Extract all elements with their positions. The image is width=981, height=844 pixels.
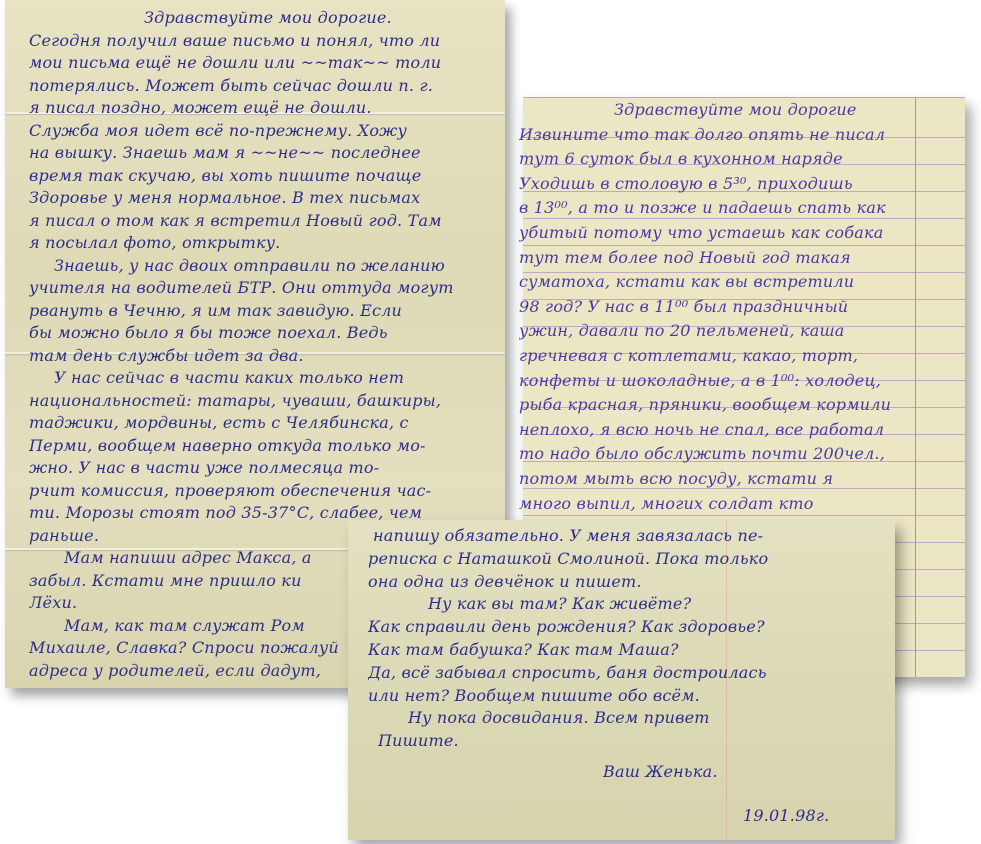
handwritten-line: Да, всё забывал спросить, баня достроила… xyxy=(368,663,895,682)
handwritten-line: я писал о том как я встретил Новый год. … xyxy=(29,211,505,230)
handwritten-line: жно. У нас в части уже полмесяца то- xyxy=(29,458,505,477)
handwritten-line: национальностей: татары, чуваши, башкиры… xyxy=(29,391,505,410)
handwritten-line: напишу обязательно. У меня завязалась пе… xyxy=(373,526,895,545)
handwritten-line: рыба красная, пряники, вообщем кормили xyxy=(519,395,965,414)
handwritten-line: потерялись. Может быть сейчас дошли п. г… xyxy=(29,76,505,95)
handwritten-line: я посылал фото, открытку. xyxy=(29,233,505,252)
handwritten-line: Извините что так долго опять не писал xyxy=(519,125,965,144)
handwritten-line: Перми, вообщем наверно откуда только мо- xyxy=(29,436,505,455)
handwritten-line: гречневая с котлетами, какао, торт, xyxy=(519,346,965,365)
handwritten-line: ужин, давали по 20 пельменей, каша xyxy=(519,321,965,340)
handwritten-line: тут тем более под Новый год такая xyxy=(519,248,965,267)
handwritten-line: реписка с Наташкой Смолиной. Пока только xyxy=(368,549,895,568)
handwritten-line: суматоха, кстати как вы встретили xyxy=(519,272,965,291)
handwritten-line: Уходишь в столовую в 5³⁰, приходишь xyxy=(519,174,965,193)
handwritten-line: рчит комиссия, проверяют обеспечения час… xyxy=(29,481,505,500)
handwritten-line: потом мыть всю посуду, кстати я xyxy=(519,469,965,488)
handwritten-line: бы можно было я бы тоже поехал. Ведь xyxy=(29,323,505,342)
handwritten-line: Служба моя идет всё по-прежнему. Хожу xyxy=(29,121,505,140)
handwritten-line: Пишите. xyxy=(378,731,895,750)
handwritten-line: или нет? Вообщем пишите обо всём. xyxy=(368,686,895,705)
handwritten-line: Здравствуйте мои дорогие xyxy=(614,100,965,119)
handwritten-line: У нас сейчас в части каких только нет xyxy=(54,368,505,387)
handwritten-line: Сегодня получил ваше письмо и понял, что… xyxy=(29,31,505,50)
handwritten-line: Здравствуйте мои дорогие. xyxy=(144,8,505,27)
handwritten-line: убитый потому что устаешь как собака xyxy=(519,223,965,242)
handwritten-line: учителя на водителей БТР. Они оттуда мог… xyxy=(29,278,505,297)
handwritten-line: Знаешь, у нас двоих отправили по желанию xyxy=(54,256,505,275)
handwritten-line: я писал поздно, может ещё не дошли. xyxy=(29,98,505,117)
handwritten-line: там день службы идет за два. xyxy=(29,346,505,365)
handwritten-line: в 13⁰⁰, а то и позже и падаешь спать как xyxy=(519,198,965,217)
handwritten-line: время так скучаю, вы хоть пишите почаще xyxy=(29,166,505,185)
handwritten-line: на вышку. Знаешь мам я ~~не~~ последнее xyxy=(29,143,505,162)
handwritten-line: Как там бабушка? Как там Маша? xyxy=(368,640,895,659)
handwritten-line: Ну как вы там? Как живёте? xyxy=(428,594,895,613)
handwritten-line: Здоровье у меня нормальное. В тех письма… xyxy=(29,188,505,207)
handwritten-line: она одна из девчёнок и пишет. xyxy=(368,572,895,591)
handwritten-line: рвануть в Чечню, я им так завидую. Если xyxy=(29,301,505,320)
handwritten-line: много выпил, многих солдат кто xyxy=(519,494,965,513)
handwritten-line: мои письма ещё не дошли или ~~так~~ толи xyxy=(29,53,505,72)
letter-page-3: напишу обязательно. У меня завязалась пе… xyxy=(348,520,895,840)
letter-date: 19.01.98г. xyxy=(743,806,895,825)
handwritten-line: тут 6 суток был в кухонном наряде xyxy=(519,149,965,168)
handwritten-line: конфеты и шоколадные, а в 1⁰⁰: холодец, xyxy=(519,371,965,390)
handwritten-line: Как справили день рождения? Как здоровье… xyxy=(368,617,895,636)
handwritten-line: Ну пока досвидания. Всем привет xyxy=(408,708,895,727)
handwritten-line: то надо было обслужить почти 200чел., xyxy=(519,444,965,463)
handwritten-line: 98 год? У нас в 11⁰⁰ был праздничный xyxy=(519,297,965,316)
signature: Ваш Женька. xyxy=(603,762,895,781)
handwritten-line: неплохо, я всю ночь не спал, все работал xyxy=(519,420,965,439)
handwritten-line: таджики, мордвины, есть с Челябинска, с xyxy=(29,413,505,432)
